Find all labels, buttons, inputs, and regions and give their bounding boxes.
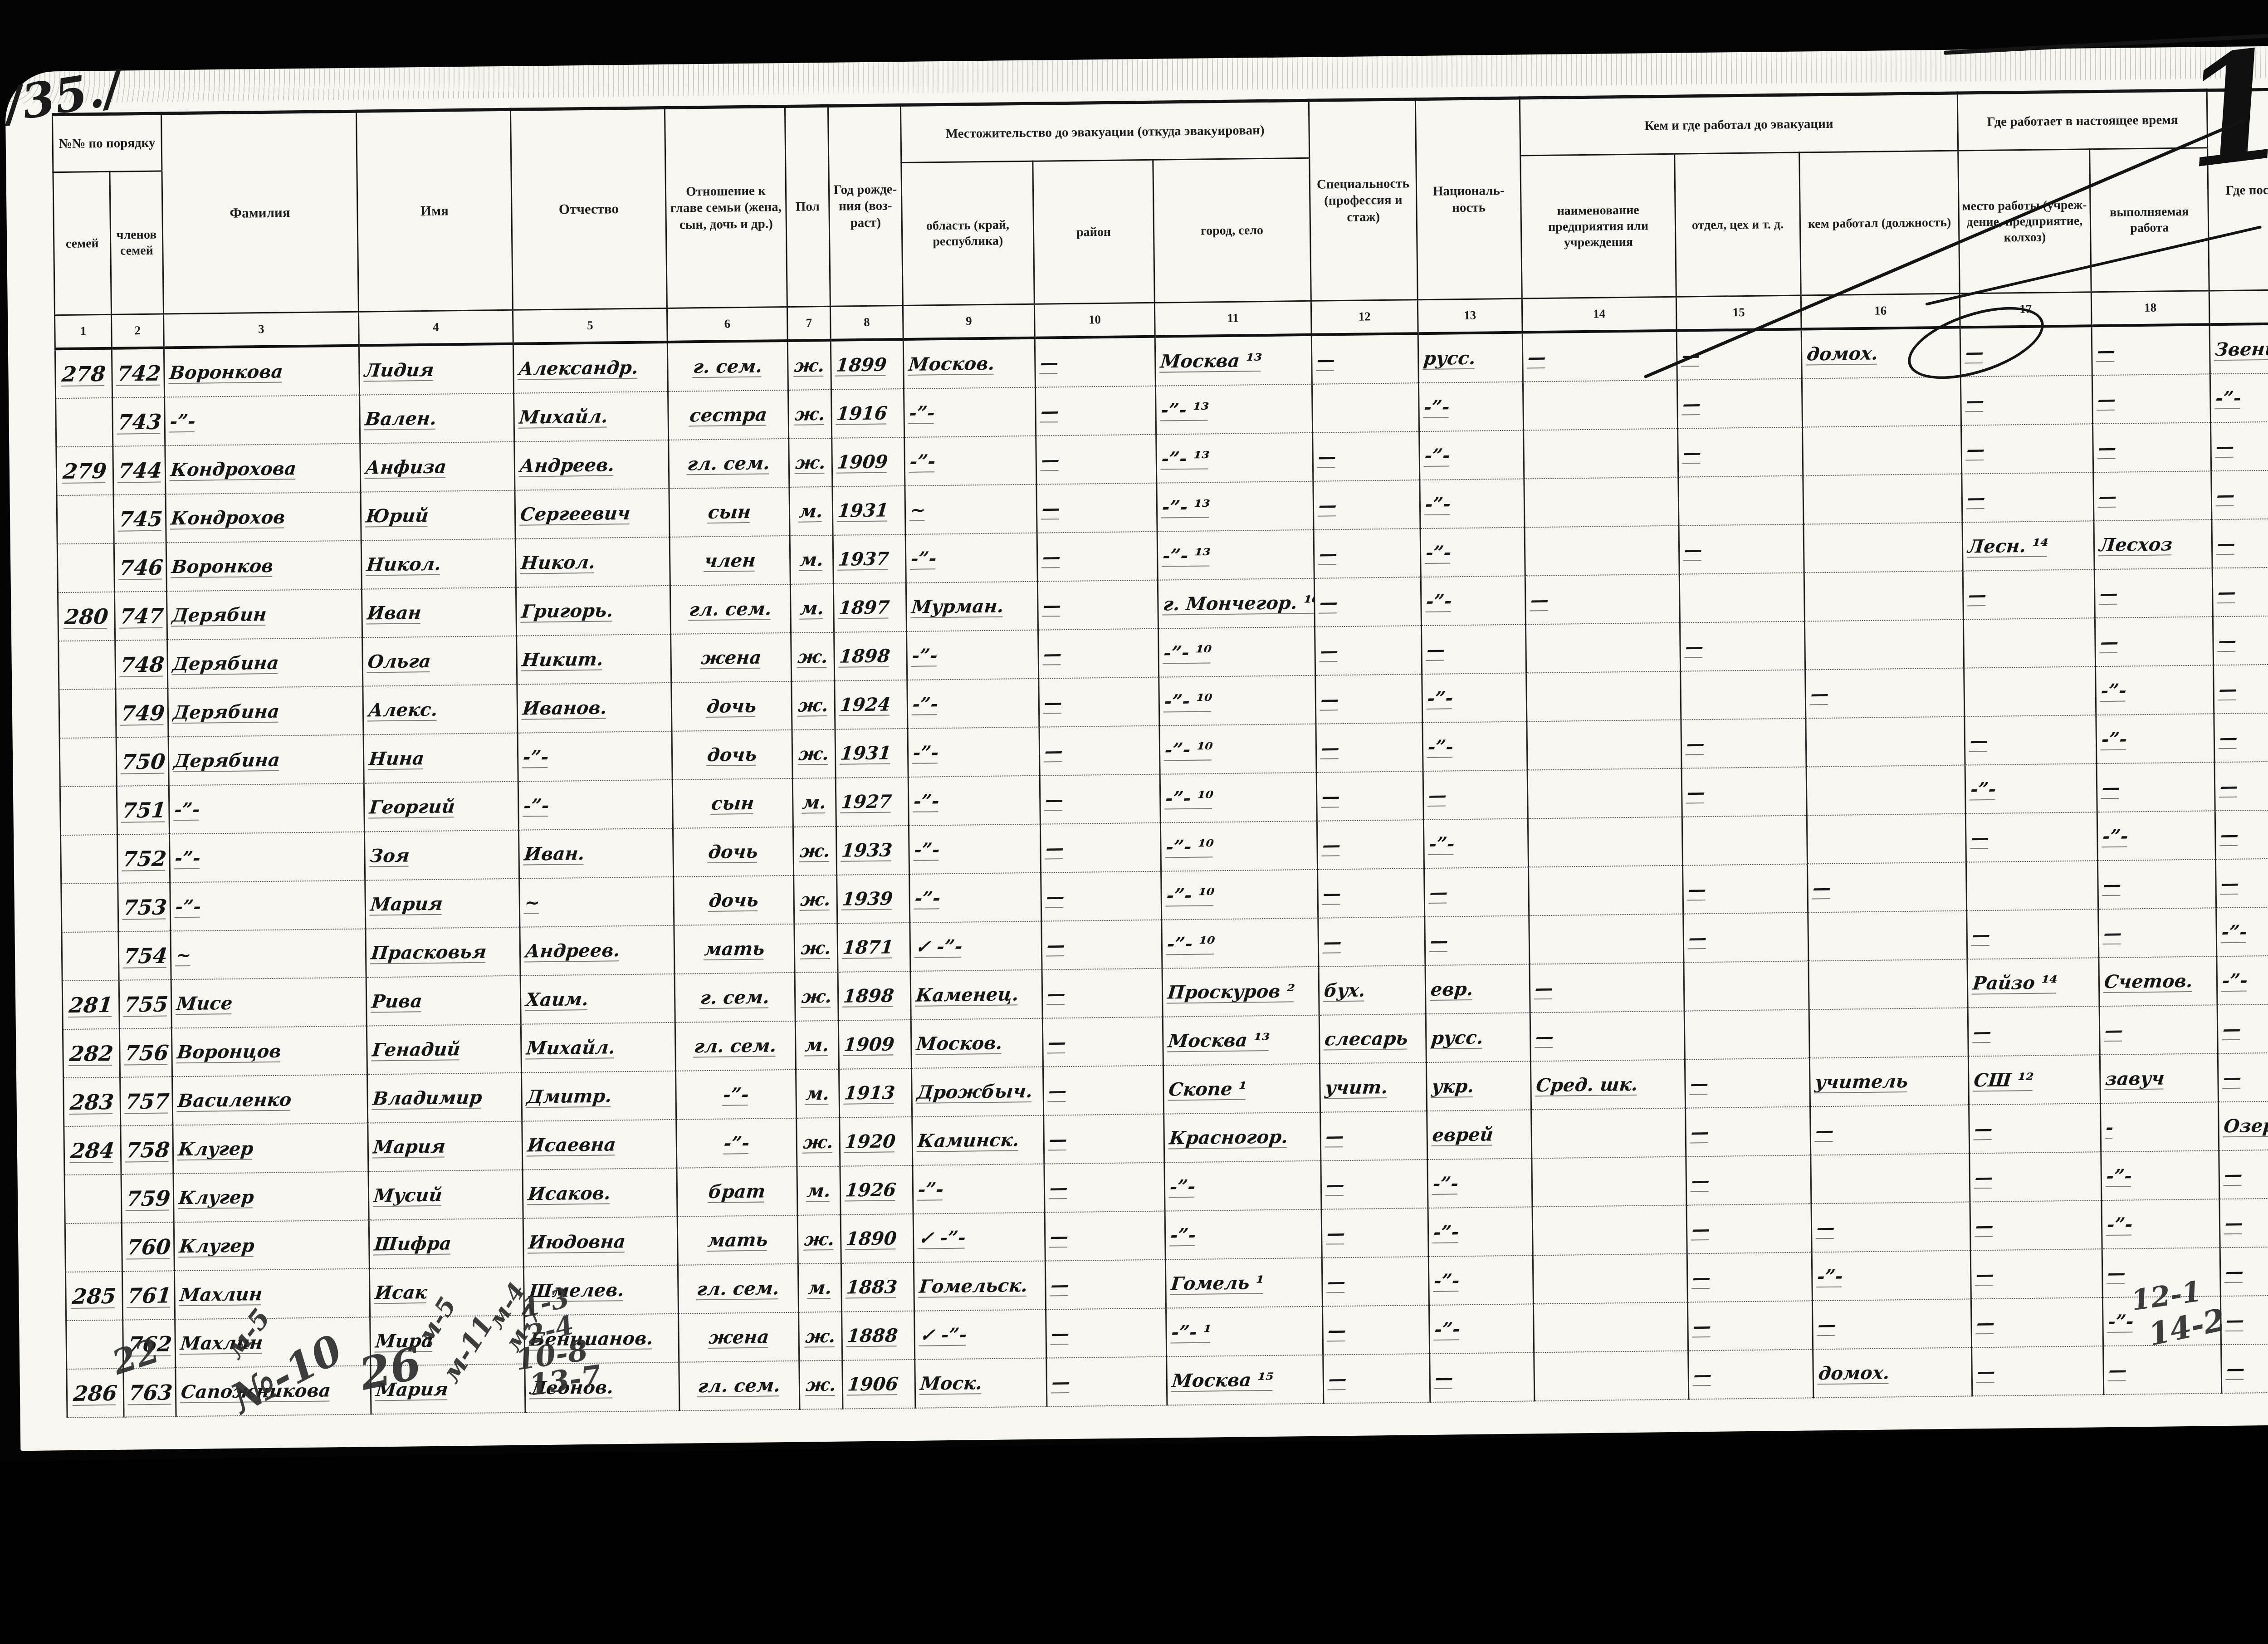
handwritten-entry: —	[2219, 824, 2239, 846]
cell-r17-c7: ж.	[797, 1118, 840, 1167]
handwritten-entry: -”- ¹⁰	[1163, 641, 1212, 663]
cell-r15-c13: русс.	[1426, 1013, 1530, 1062]
cell-r11-c11: -”- ¹⁰	[1160, 821, 1317, 871]
handwritten-entry: —	[1328, 1368, 1348, 1390]
handwritten-entry: —	[1326, 1271, 1346, 1293]
cell-r11-c13: -”-	[1423, 818, 1528, 868]
cell-r8-c11: -”- ¹⁰	[1159, 675, 1316, 726]
cell-r14-c5: Хаим.	[520, 974, 675, 1024]
cell-r21-c6: жена	[679, 1312, 799, 1362]
handwritten-entry: Проскуров ²	[1167, 980, 1296, 1003]
cell-r9-c9: -”-	[908, 727, 1040, 777]
header-nationality: Националь­ность	[1415, 98, 1522, 300]
cell-r16-c7: м.	[796, 1069, 839, 1118]
handwritten-entry: —	[2215, 436, 2235, 458]
handwritten-entry: —	[1530, 589, 1549, 611]
handwritten-entry: —	[1429, 930, 1449, 952]
handwritten-entry: -”-	[913, 839, 941, 861]
cell-r2-c8: 1916	[831, 389, 904, 438]
cell-r22-c6: гл. сем.	[679, 1361, 800, 1411]
cell-r17-c2: 758	[121, 1125, 173, 1174]
handwritten-entry: —	[1970, 827, 1990, 849]
handwritten-entry: 748	[119, 652, 165, 677]
handwritten-entry: -”- ¹³	[1161, 447, 1211, 469]
cell-r2-c13: -”-	[1418, 382, 1523, 432]
header-prework-group: Кем и где работал до эвакуации	[1520, 93, 1958, 156]
handwritten-entry: м.	[802, 792, 827, 813]
cell-r8-c18: -”-	[2096, 665, 2214, 715]
cell-r21-c14	[1533, 1302, 1688, 1353]
handwritten-entry: —	[1427, 784, 1447, 806]
handwritten-entry: Лесхоз	[2098, 533, 2174, 556]
handwritten-entry: 1890	[845, 1228, 898, 1249]
cell-r20-c16: -”-	[1812, 1250, 1971, 1301]
column-number-15: 15	[1676, 295, 1801, 331]
handwritten-entry: ж.	[794, 403, 826, 425]
handwritten-entry: 755	[123, 992, 169, 1017]
cell-r6-c16	[1804, 571, 1963, 621]
handwritten-entry: 1888	[846, 1325, 899, 1346]
cell-r2-c6: сестра	[668, 390, 789, 440]
header-firstname: Имя	[356, 109, 513, 312]
handwritten-entry: Дерябина	[173, 749, 281, 772]
cell-r5-c4: Никол.	[361, 539, 516, 589]
cell-r4-c14	[1524, 477, 1679, 528]
handwritten-entry: ж.	[799, 840, 831, 862]
cell-r8-c5: Иванов.	[517, 683, 672, 733]
cell-r19-c7: ж.	[797, 1215, 841, 1264]
cell-r16-c6: -”-	[676, 1070, 797, 1120]
handwritten-entry: —	[1816, 1217, 1836, 1239]
header-surname: Фамилия	[161, 111, 358, 314]
handwritten-entry: Каменец.	[915, 983, 1020, 1006]
handwritten-entry: —	[1046, 983, 1066, 1005]
handwritten-entry: -”-	[1432, 1221, 1460, 1243]
handwritten-entry: Дмитр.	[526, 1085, 612, 1107]
cell-r7-c8: 1898	[834, 631, 907, 681]
handwritten-entry: —	[1971, 924, 1991, 946]
cell-r13-c3: ~	[171, 929, 366, 980]
column-number-12: 12	[1311, 300, 1418, 335]
handwritten-entry: домох.	[1806, 343, 1879, 365]
handwritten-entry: -”-	[908, 402, 936, 424]
cell-r1-c2: 742	[112, 348, 164, 398]
handwritten-entry: —	[2216, 533, 2236, 555]
cell-r10-c14	[1527, 768, 1682, 819]
handwritten-entry: —	[1041, 498, 1061, 519]
cell-r4-c11: -”- ¹³	[1157, 481, 1314, 532]
handwritten-entry: 1871	[842, 936, 894, 958]
cell-r8-c6: дочь	[671, 681, 792, 731]
handwritten-entry: —	[1046, 935, 1066, 956]
handwritten-entry: —	[1319, 592, 1339, 613]
handwritten-entry: -”-	[1425, 590, 1453, 612]
handwritten-entry: —	[1692, 1316, 1712, 1337]
handwritten-entry: —	[1689, 1073, 1709, 1095]
cell-r18-c18: -”-	[2101, 1150, 2219, 1200]
handwritten-entry: Никол.	[520, 552, 596, 574]
cell-r19-c1	[65, 1223, 122, 1272]
handwritten-entry: 278	[61, 361, 107, 386]
cell-r13-c5: Андреев.	[520, 925, 675, 976]
cell-r16-c4: Владимир	[367, 1073, 522, 1123]
handwritten-entry: 1920	[844, 1130, 897, 1152]
handwritten-entry: -”-	[2221, 921, 2248, 943]
handwritten-entry: -”-	[1169, 1176, 1197, 1198]
handwritten-entry: -”- ¹³	[1161, 496, 1211, 518]
header-relation: Отношение к главе се­мьи (жена, сын, доч…	[665, 106, 787, 308]
handwritten-entry: бух.	[1323, 980, 1366, 1002]
handwritten-entry: 753	[122, 895, 168, 920]
handwritten-entry: -”-	[917, 1179, 945, 1200]
header-patronymic: Отчество	[510, 108, 667, 310]
cell-r20-c1: 285	[65, 1272, 122, 1321]
cell-r11-c4: Зоя	[364, 830, 519, 881]
cell-r6-c4: Иван	[362, 587, 516, 638]
cell-r2-c12	[1312, 383, 1419, 433]
cell-r3-c18: —	[2093, 422, 2211, 472]
handwritten-entry: -”-	[523, 795, 550, 817]
handwritten-entry: 747	[119, 603, 165, 628]
handwritten-entry: —	[1046, 886, 1066, 908]
cell-r21-c15: —	[1687, 1301, 1813, 1350]
cell-r7-c15: —	[1680, 621, 1805, 671]
header-city: город, село	[1153, 158, 1311, 303]
cell-r5-c18: Лесхоз	[2094, 519, 2212, 569]
handwritten-entry: Исак	[374, 1282, 428, 1303]
cell-r16-c11: Скопе ¹	[1163, 1064, 1320, 1114]
cell-r2-c18: —	[2092, 374, 2210, 424]
cell-r9-c10: —	[1039, 726, 1160, 776]
cell-r11-c3: -”-	[170, 832, 365, 883]
cell-r17-c8: 1920	[840, 1117, 913, 1166]
cell-r21-c8: 1888	[842, 1311, 915, 1360]
handwritten-entry: —	[1325, 1125, 1345, 1147]
header-sex: Пол	[785, 106, 830, 307]
handwritten-entry: -”-	[1433, 1270, 1461, 1292]
cell-r10-c19: —	[2214, 761, 2268, 811]
handwritten-entry: -”-	[1423, 396, 1451, 418]
handwritten-entry: ~	[175, 944, 192, 966]
handwritten-entry: член	[704, 550, 757, 572]
cell-r5-c6: член	[670, 536, 790, 586]
cell-r20-c8: 1883	[841, 1262, 914, 1312]
cell-r15-c9: Москов.	[911, 1018, 1043, 1068]
cell-r8-c3: Дерябина	[168, 686, 363, 737]
cell-r18-c11: -”-	[1164, 1161, 1321, 1211]
cell-r3-c8: 1909	[832, 437, 905, 487]
cell-r12-c13: —	[1424, 867, 1529, 917]
column-number-6: 6	[667, 307, 787, 342]
handwritten-entry: Хаим.	[525, 988, 589, 1011]
handwritten-entry: Владимир	[371, 1087, 483, 1110]
handwritten-entry: -”- ¹³	[1160, 399, 1210, 421]
cell-r1-c12: —	[1311, 333, 1418, 384]
handwritten-entry: —	[1320, 737, 1340, 759]
cell-r16-c5: Дмитр.	[522, 1071, 676, 1121]
cell-r6-c11: г. Мончегор. ¹⁰	[1158, 578, 1315, 629]
cell-r9-c7: ж.	[792, 729, 836, 778]
cell-r20-c13: -”-	[1428, 1255, 1533, 1305]
cell-r2-c11: -”- ¹³	[1155, 384, 1312, 435]
cell-r6-c7: м.	[790, 584, 834, 633]
cell-r5-c7: м.	[790, 535, 833, 584]
handwritten-entry: м.	[799, 549, 824, 571]
handwritten-entry: —	[2224, 1261, 2244, 1283]
header-department: отдел, цех и т. д.	[1675, 152, 1801, 297]
cell-r10-c2: 751	[117, 785, 169, 834]
cell-r11-c8: 1933	[836, 826, 909, 875]
cell-r19-c15: —	[1686, 1204, 1812, 1253]
cell-r8-c7: ж.	[792, 681, 835, 730]
cell-r12-c10: —	[1041, 871, 1162, 921]
handwritten-entry: 1937	[837, 548, 890, 570]
cell-r12-c8: 1939	[837, 874, 910, 924]
handwritten-entry: —	[1048, 1129, 1068, 1150]
handwritten-entry: 744	[117, 458, 163, 483]
handwritten-entry: Иванов.	[522, 697, 608, 719]
cell-r18-c19: —	[2219, 1149, 2268, 1199]
handwritten-entry: —	[1686, 733, 1706, 755]
handwritten-entry: м.	[804, 1034, 830, 1056]
handwritten-entry: —	[1042, 595, 1062, 616]
header-member-no: чле­нов семей	[110, 171, 164, 314]
cell-r7-c3: Дерябина	[167, 638, 363, 689]
cell-r8-c4: Алекс.	[363, 685, 518, 735]
handwritten-entry: 284	[69, 1138, 115, 1163]
cell-r11-c7: ж.	[793, 827, 836, 876]
cell-r13-c18: —	[2098, 908, 2217, 958]
cell-r2-c16	[1802, 377, 1961, 427]
cell-r12-c15: —	[1683, 864, 1808, 914]
handwritten-entry: 742	[116, 361, 162, 386]
handwritten-entry: домох.	[1818, 1362, 1891, 1384]
cell-r4-c7: м.	[789, 487, 833, 536]
handwritten-entry: Москов.	[915, 1032, 1003, 1055]
cell-r15-c7: м.	[795, 1021, 839, 1070]
cell-r14-c10: —	[1042, 969, 1163, 1018]
cell-r16-c9: Дрожбыч.	[911, 1067, 1043, 1117]
cell-r7-c18: —	[2095, 616, 2213, 666]
cell-r6-c13: -”-	[1421, 576, 1525, 626]
cell-r4-c3: Кондрохов	[166, 492, 361, 543]
handwritten-entry: Иван.	[523, 843, 585, 865]
handwritten-entry: 757	[124, 1089, 170, 1114]
cell-r16-c14: Сред. шк.	[1530, 1060, 1685, 1110]
cell-r12-c5: ~	[519, 877, 674, 927]
cell-r7-c13: —	[1422, 625, 1526, 675]
handwritten-entry: -”-	[2106, 1165, 2133, 1187]
handwritten-entry: -”-	[1433, 1318, 1461, 1340]
handwritten-entry: Москва ¹³	[1167, 1029, 1271, 1052]
cell-r12-c14	[1529, 866, 1683, 916]
cell-r2-c17: —	[1960, 375, 2092, 425]
handwritten-entry: Мария	[370, 893, 444, 915]
handwritten-entry: Дерябин	[171, 604, 267, 626]
handwritten-entry: 756	[124, 1040, 170, 1065]
handwritten-entry: —	[1318, 543, 1338, 565]
cell-r17-c5: Исаевна	[522, 1120, 677, 1170]
handwritten-entry: —	[1319, 640, 1339, 662]
handwritten-entry: дочь	[708, 841, 759, 863]
cell-r15-c16	[1809, 1008, 1968, 1058]
cell-r12-c2: 753	[118, 882, 171, 931]
cell-r12-c16: —	[1808, 862, 1967, 913]
handwritten-entry: —	[1817, 1314, 1837, 1336]
handwritten-entry: —	[2217, 582, 2237, 603]
cell-r5-c8: 1937	[833, 534, 906, 584]
cell-r12-c19: —	[2215, 858, 2268, 908]
cell-r6-c3: Дерябин	[166, 589, 362, 640]
cell-r22-c18: —	[2103, 1345, 2222, 1394]
cell-r10-c6: сын	[672, 778, 793, 828]
cell-r6-c6: гл. сем.	[670, 584, 791, 634]
handwritten-entry: Дерябина	[172, 701, 280, 724]
cell-r22-c12: —	[1323, 1354, 1430, 1404]
handwritten-entry: 279	[62, 458, 108, 483]
column-number-13: 13	[1417, 298, 1522, 333]
handwritten-entry: —	[1686, 782, 1706, 803]
handwritten-entry: —	[1041, 546, 1061, 568]
handwritten-entry: 763	[127, 1380, 173, 1405]
cell-r1-c5: Александр.	[513, 342, 668, 393]
cell-r14-c19: -”-	[2217, 955, 2268, 1005]
cell-r15-c5: Михайл.	[521, 1023, 675, 1073]
cell-r21-c16: —	[1812, 1299, 1971, 1349]
cell-r2-c9: -”-	[904, 387, 1036, 437]
cell-r19-c6: мать	[677, 1215, 798, 1265]
cell-r20-c9: Гомельск.	[914, 1261, 1046, 1311]
handwritten-entry: Василенко	[176, 1089, 292, 1111]
cell-r10-c13: —	[1423, 770, 1528, 820]
cell-r7-c11: -”- ¹⁰	[1158, 627, 1315, 677]
handwritten-entry: 1899	[835, 354, 888, 376]
cell-r3-c13: -”-	[1419, 431, 1524, 480]
cell-r11-c10: —	[1040, 823, 1161, 873]
handwritten-entry: сын	[710, 793, 755, 814]
cell-r18-c9: -”-	[913, 1164, 1045, 1214]
handwritten-entry: Счетов.	[2103, 970, 2194, 993]
cell-r11-c18: -”-	[2097, 811, 2215, 861]
cell-r22-c16: домох.	[1813, 1347, 1972, 1398]
column-number-18: 18	[2091, 291, 2209, 326]
cell-r5-c17: Лесн. ¹⁴	[1962, 521, 2094, 571]
cell-r10-c16	[1806, 765, 1965, 816]
cell-r3-c6: гл. сем.	[669, 439, 789, 489]
handwritten-entry: 758	[125, 1137, 171, 1162]
handwritten-entry: -”-	[2221, 969, 2249, 991]
handwritten-entry: ✓ -”-	[914, 936, 963, 958]
handwritten-entry: дочь	[706, 695, 758, 717]
cell-r19-c4: Шифра	[369, 1218, 523, 1269]
cell-r16-c15: —	[1685, 1058, 1810, 1108]
handwritten-entry: гл. сем.	[689, 598, 773, 620]
handwritten-entry: —	[1684, 636, 1704, 658]
cell-r16-c3: Василенко	[172, 1075, 368, 1125]
cell-r13-c11: -”- ¹⁰	[1162, 918, 1319, 969]
cell-r19-c12: —	[1321, 1208, 1428, 1258]
cell-r1-c8: 1899	[831, 339, 904, 390]
cell-r2-c7: ж.	[788, 390, 831, 439]
cell-r19-c17: —	[1970, 1200, 2102, 1250]
cell-r13-c8: 1871	[837, 923, 910, 972]
handwritten-entry: —	[1041, 449, 1061, 471]
cell-r20-c10: —	[1045, 1260, 1166, 1310]
cell-r16-c18: завуч	[2100, 1053, 2218, 1103]
column-number-7: 7	[787, 306, 831, 341]
handwritten-entry: Кондрохова	[170, 458, 298, 480]
cell-r7-c1	[59, 641, 116, 690]
handwritten-entry: —	[1042, 643, 1062, 665]
cell-r8-c8: 1924	[835, 680, 908, 729]
cell-r22-c14	[1534, 1351, 1689, 1401]
handwritten-entry: —	[1321, 786, 1341, 807]
cell-r5-c11: -”- ¹³	[1157, 530, 1314, 580]
handwritten-entry: 282	[68, 1041, 114, 1066]
cell-r22-c10: —	[1046, 1357, 1167, 1407]
column-number-1: 1	[55, 314, 112, 349]
handwritten-entry: Иван	[366, 602, 422, 624]
cell-r18-c12: —	[1321, 1160, 1428, 1209]
handwritten-entry: Воронкова	[168, 361, 284, 384]
column-number-2: 2	[112, 314, 164, 348]
handwritten-entry: ж.	[802, 1131, 835, 1153]
cell-r15-c1: 282	[63, 1029, 120, 1078]
cell-r10-c9: -”-	[908, 776, 1040, 826]
handwritten-entry: -”-	[1427, 736, 1455, 758]
handwritten-entry: 1909	[836, 451, 889, 473]
handwritten-entry: Никит.	[521, 649, 605, 671]
cell-r3-c16	[1803, 426, 1962, 476]
handwritten-entry: Воронцов	[176, 1041, 282, 1063]
cell-r3-c9: -”-	[904, 436, 1036, 486]
handwritten-entry: —	[1814, 1120, 1834, 1142]
handwritten-entry: Каминск.	[917, 1129, 1020, 1152]
cell-r4-c17: —	[1962, 472, 2094, 522]
handwritten-entry: -”- ¹⁰	[1164, 739, 1214, 760]
handwritten-entry: 761	[127, 1283, 172, 1308]
handwritten-entry: —	[2103, 923, 2123, 944]
cell-r7-c17	[1963, 618, 2095, 668]
cell-r6-c1: 280	[58, 592, 115, 641]
cell-r1-c19: Звенигор.	[2209, 323, 2268, 374]
handwritten-entry: ~	[524, 892, 541, 913]
handwritten-entry: ~	[909, 499, 927, 520]
cell-r4-c10: —	[1036, 483, 1157, 533]
handwritten-entry: —	[2220, 873, 2240, 895]
cell-r2-c10: —	[1035, 386, 1156, 436]
cell-r4-c9: ~	[905, 484, 1037, 534]
cell-r12-c4: Мария	[365, 879, 520, 929]
cell-r7-c12: —	[1315, 626, 1422, 675]
cell-r17-c16: —	[1810, 1105, 1970, 1155]
cell-r11-c14	[1528, 817, 1682, 867]
handwritten-entry: Мисе	[176, 993, 234, 1014]
cell-r2-c2: 743	[112, 397, 165, 446]
cell-r7-c14	[1525, 623, 1680, 673]
handwritten-entry: 749	[120, 700, 166, 725]
cell-r17-c3: Клугер	[173, 1123, 368, 1174]
cell-r13-c6: мать	[674, 924, 795, 974]
handwritten-entry: —	[2104, 1020, 2124, 1042]
cell-r17-c12: —	[1320, 1111, 1427, 1161]
handwritten-entry: 1933	[841, 839, 893, 861]
cell-r19-c16: —	[1811, 1202, 1970, 1252]
cell-r10-c10: —	[1040, 774, 1160, 824]
handwritten-entry: ж.	[801, 986, 833, 1008]
cell-r9-c18: -”-	[2096, 714, 2214, 763]
cell-r1-c18: —	[2092, 324, 2210, 375]
